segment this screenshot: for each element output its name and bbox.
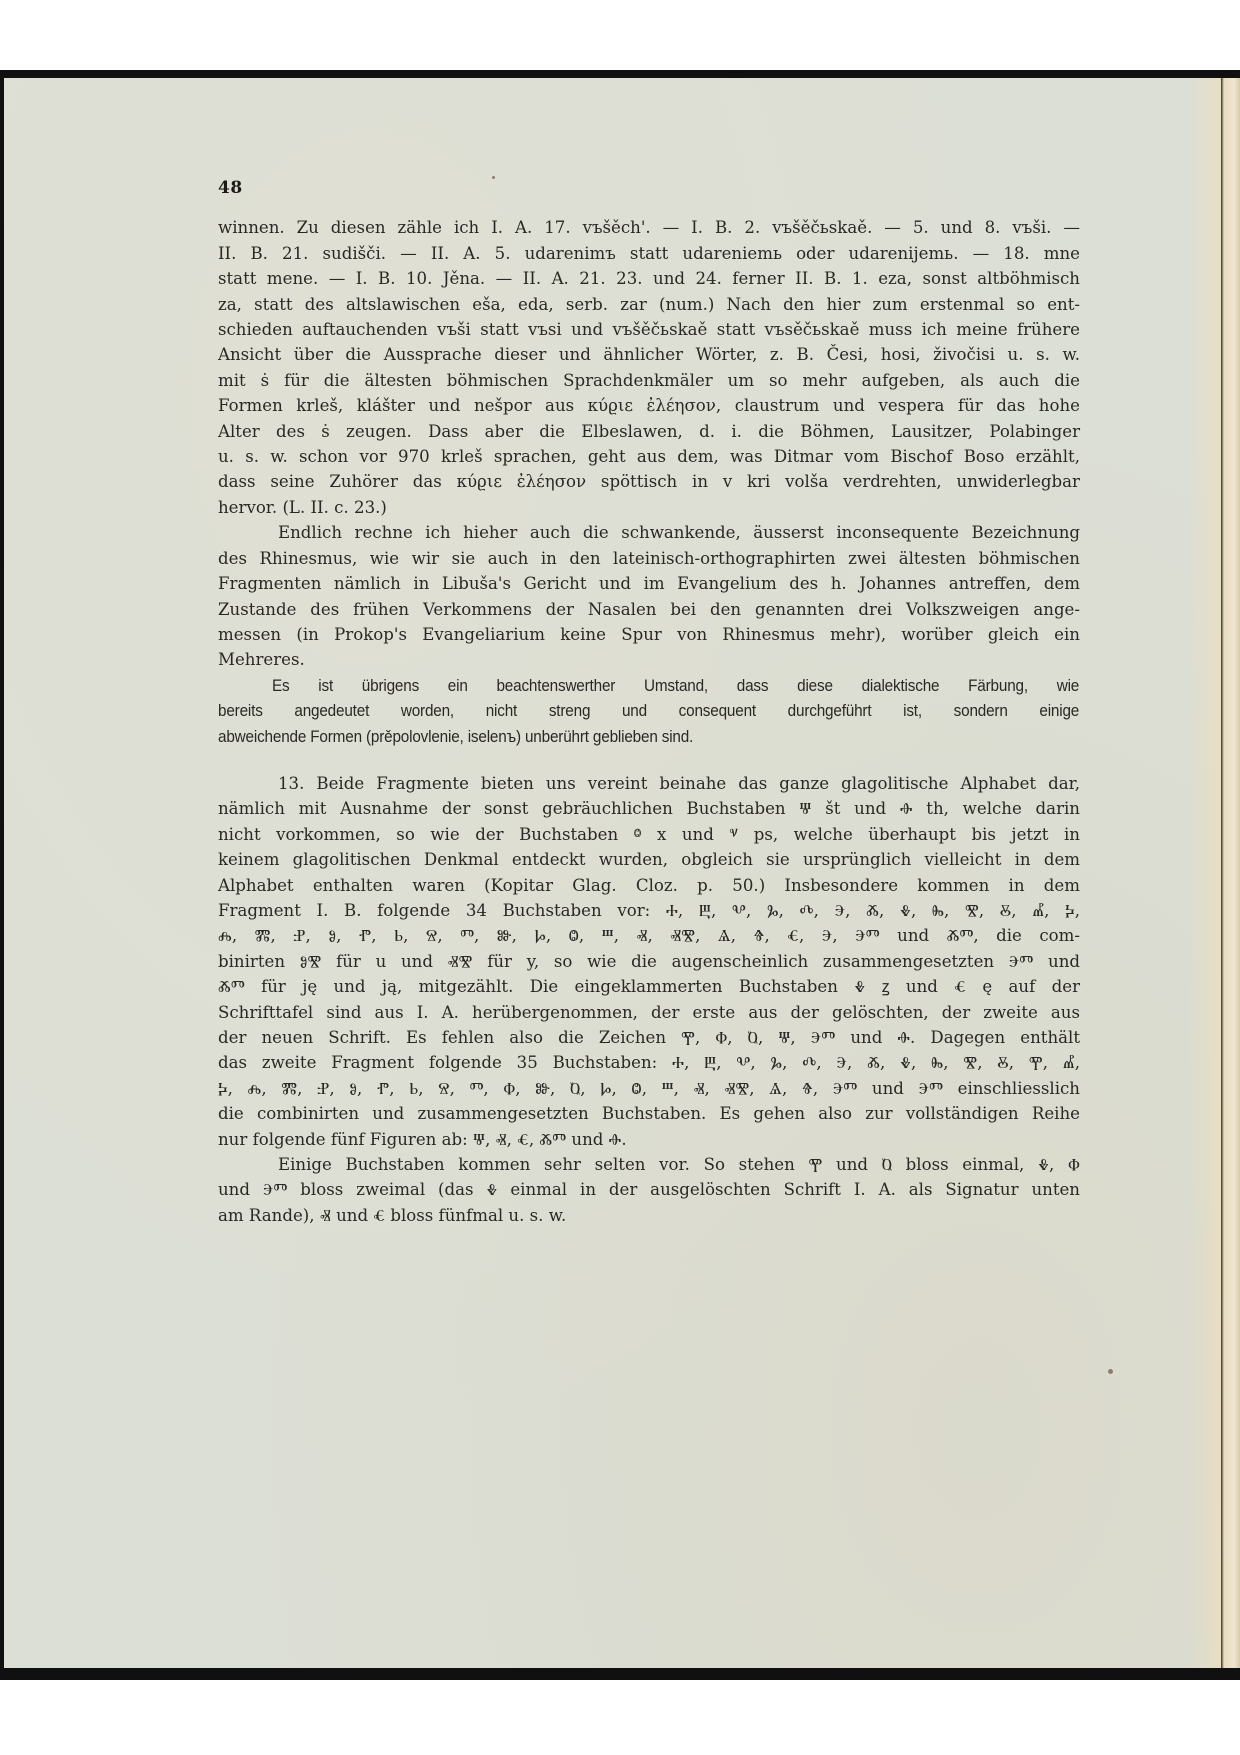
text-line: Ⰽ, Ⰾ, Ⰿ, Ⱀ, Ⱁ, Ⱂ, Ⱃ, Ⱄ, Ⱅ, Ⱇ, Ⱆ, Ⱒ, Ⱈ, Ⱉ… [218, 1076, 1080, 1101]
text-line: Formen krleš, klášter und nešpor aus κύϱ… [218, 393, 1080, 418]
text-line: messen (in Prokop's Evangeliarium keine … [218, 622, 1080, 647]
page-edge-shadow [1190, 78, 1221, 1668]
text-line: nämlich mit Ausnahme der sonst gebräuchl… [218, 796, 1080, 821]
text-line: Fragment I. B. folgende 34 Buchstaben vo… [218, 898, 1080, 923]
text-line: der neuen Schrift. Es fehlen also die Ze… [218, 1025, 1080, 1050]
text-line: Fragmenten nämlich in Libuša's Gericht u… [218, 571, 1080, 596]
page-number: 48 [218, 176, 1080, 201]
text-line: die combinirten und zusammengesetzten Bu… [218, 1101, 1080, 1126]
text-line: das zweite Fragment folgende 35 Buchstab… [218, 1050, 1080, 1075]
text-line: keinem glagolitischen Denkmal entdeckt w… [218, 847, 1080, 872]
text-line: Mehreres. [218, 647, 1080, 672]
text-line: Zustande des frühen Verkommens der Nasal… [218, 597, 1080, 622]
text-line: Einige Buchstaben kommen sehr selten vor… [218, 1152, 1080, 1177]
text-line: statt mene. — I. B. 10. Jěna. — II. A. 2… [218, 266, 1080, 291]
text-line: Alter des ṡ zeugen. Dass aber die Elbesl… [218, 419, 1080, 444]
paragraph-5: Einige Buchstaben kommen sehr selten vor… [218, 1152, 1080, 1228]
text-line: des Rhinesmus, wie wir sie auch in den l… [218, 546, 1080, 571]
text-line: Alphabet enthalten waren (Kopitar Glag. … [218, 873, 1080, 898]
text-line: schieden auftauchenden vъši statt vъsi u… [218, 317, 1080, 342]
text-line: binirten ⰑⰊ für u und ⰟⰊ für y, so wie d… [218, 949, 1080, 974]
text-line: bereits angedeutet worden, nicht streng … [218, 698, 1079, 723]
paragraph-2: Endlich rechne ich hieher auch die schwa… [218, 520, 1080, 672]
text-line: mit ṡ für die ältesten böhmischen Sprach… [218, 368, 1080, 393]
paragraph-1: winnen. Zu diesen zähle ich I. A. 17. vъ… [218, 215, 1080, 520]
page-content: 48 winnen. Zu diesen zähle ich I. A. 17.… [218, 176, 1080, 1228]
paragraph-4-section-13: 13. Beide Fragmente bieten uns vereint b… [218, 771, 1080, 1152]
text-line: Endlich rechne ich hieher auch die schwa… [218, 520, 1080, 545]
text-line: za, statt des altslawischen eša, eda, se… [218, 292, 1080, 317]
text-line: winnen. Zu diesen zähle ich I. A. 17. vъ… [218, 215, 1080, 240]
text-line: 13. Beide Fragmente bieten uns vereint b… [218, 771, 1080, 796]
text-line: abweichende Formen (prěpolovlenie, isele… [218, 724, 1079, 749]
section-gap [218, 749, 1080, 771]
text-line: Schrifttafel sind aus I. A. herübergenom… [218, 1000, 1080, 1025]
text-line: hervor. (L. II. c. 23.) [218, 495, 1080, 520]
text-line: ⰆⰕ für ję und ją, mitgezählt. Die eingek… [218, 974, 1080, 999]
adjacent-page-edge [1221, 78, 1240, 1668]
text-line: Ⰾ, Ⰿ, Ⱀ, Ⱁ, Ⱂ, Ⱃ, Ⱄ, Ⱅ, Ⱆ, Ⱈ, Ⱉ, Ⱎ, Ⱏ, Ⱏ… [218, 923, 1080, 948]
text-line: u. s. w. schon vor 970 krleš sprachen, g… [218, 444, 1080, 469]
text-line: II. B. 21. sudišči. — II. A. 5. udarenim… [218, 241, 1080, 266]
paragraph-3: Es ist übrigens ein beachtenswerther Ums… [218, 673, 1079, 749]
text-line: am Rande), Ⱏ und Ⱔ bloss fünfmal u. s. w… [218, 1203, 1080, 1228]
text-line: nicht vorkommen, so wie der Buchstaben ⱉ… [218, 822, 1080, 847]
text-line: und ⰅⰕ bloss zweimal (das Ⰷ einmal in de… [218, 1177, 1080, 1202]
text-line: Es ist übrigens ein beachtenswerther Ums… [218, 673, 1079, 698]
paper-speck [1108, 1369, 1113, 1374]
text-line: nur folgende fünf Figuren ab: Ⱋ, Ⱏ, Ⱔ, Ⰶ… [218, 1127, 1080, 1152]
text-line: dass seine Zuhörer das κύϱιε ἐλέησον spö… [218, 469, 1080, 494]
text-line: Ansicht über die Aussprache dieser und ä… [218, 342, 1080, 367]
